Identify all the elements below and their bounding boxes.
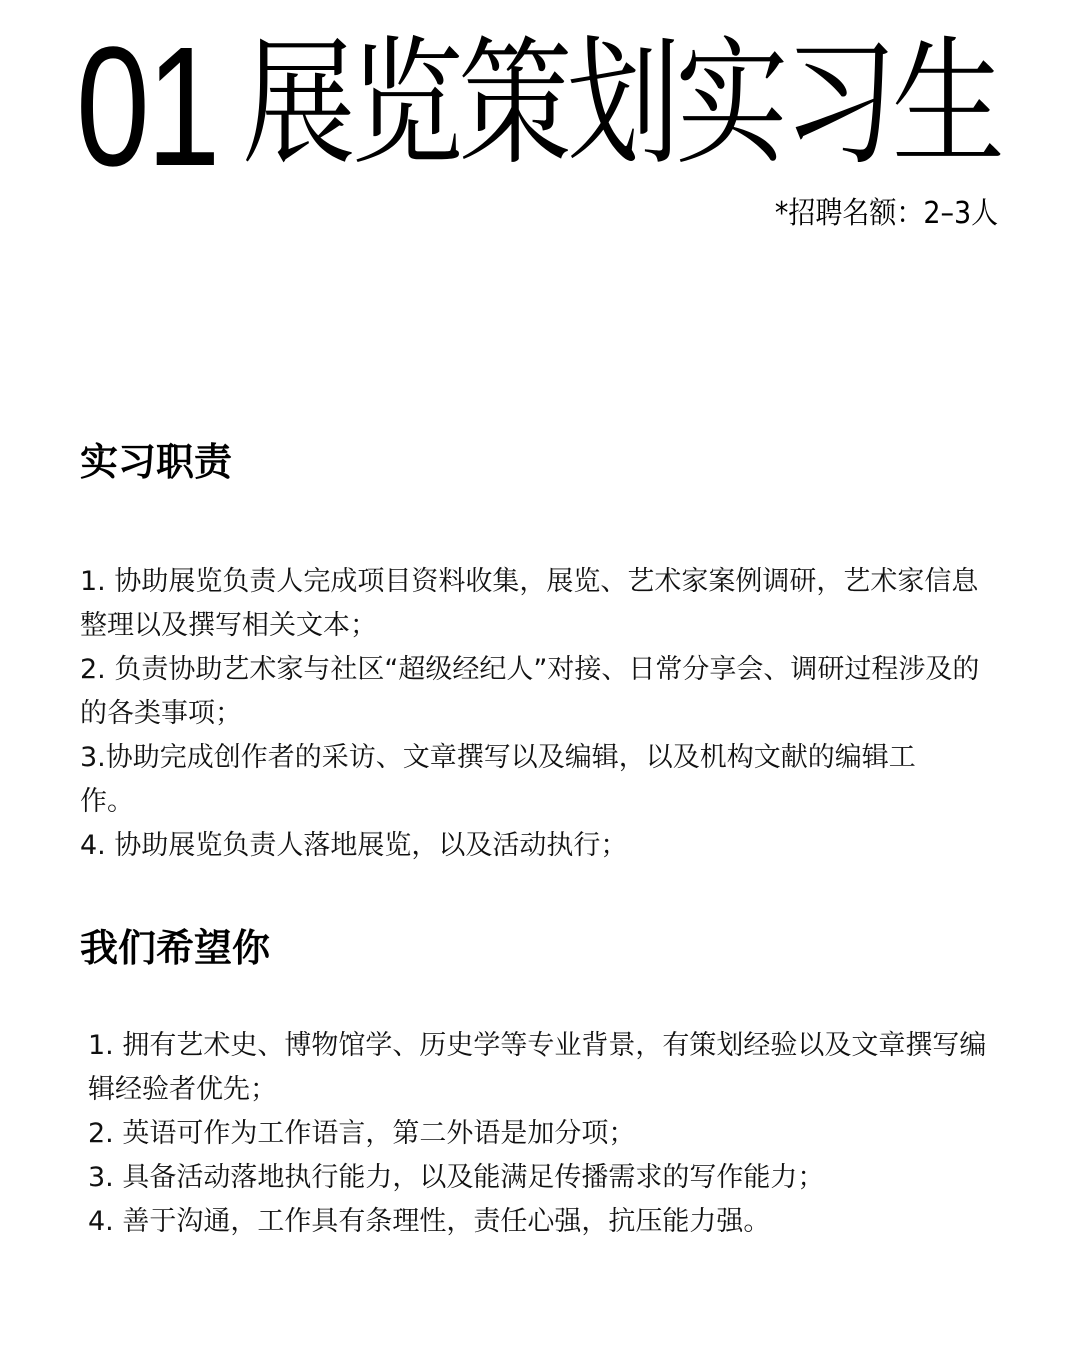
position-title: 展览策划实习生 [242,34,1000,174]
list-item: 4. 协助展览负责人落地展览，以及活动执行； [80,824,1000,868]
list-item: 2. 英语可作为工作语言，第二外语是加分项； [88,1112,998,1156]
responsibilities-list: 1. 协助展览负责人完成项目资料收集，展览、艺术家案例调研，艺术家信息整理以及撰… [80,560,1000,868]
list-item: 3. 具备活动落地执行能力，以及能满足传播需求的写作能力； [88,1156,998,1200]
responsibilities-heading: 实习职责 [80,440,232,484]
list-item: 4. 善于沟通，工作具有条理性，责任心强，抗压能力强。 [88,1200,998,1244]
list-item: 2. 负责协助艺术家与社区“超级经纪人”对接、日常分享会、调研过程涉及的的各类事… [80,648,1000,736]
requirements-list: 1. 拥有艺术史、博物馆学、历史学等专业背景，有策划经验以及文章撰写编辑经验者优… [88,1024,998,1244]
list-item: 1. 拥有艺术史、博物馆学、历史学等专业背景，有策划经验以及文章撰写编辑经验者优… [88,1024,998,1112]
requirements-heading: 我们希望你 [80,926,270,970]
list-item: 1. 协助展览负责人完成项目资料收集，展览、艺术家案例调研，艺术家信息整理以及撰… [80,560,1000,648]
position-number: 01 [76,22,217,192]
list-item: 3.协助完成创作者的采访、文章撰写以及编辑，以及机构文献的编辑工作。 [80,736,950,824]
recruitment-quota: *招聘名额：2–3人 [775,196,998,232]
